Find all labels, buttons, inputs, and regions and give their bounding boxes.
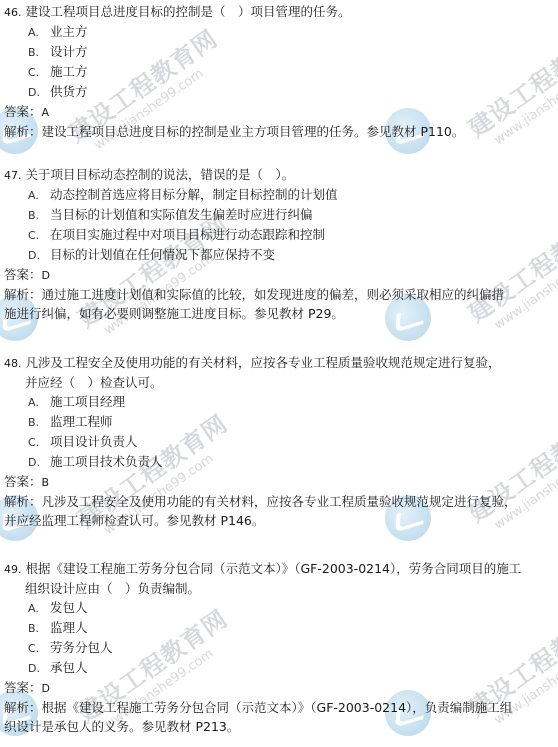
answer-label: 答案： — [4, 104, 42, 119]
option-key: D. — [28, 245, 50, 265]
answer: 答案：D — [4, 265, 556, 285]
option-d: D.承包人 — [4, 658, 556, 678]
answer-value: D — [42, 269, 50, 282]
option-a: A.施工项目经理 — [4, 392, 556, 412]
question-48: 48. 凡涉及工程安全及使用功能的有关材料，应按各专业工程质量验收规范规定进行复… — [4, 353, 556, 530]
option-a: A.业主方 — [4, 22, 556, 42]
question-number: 46. — [4, 6, 22, 19]
option-text: 项目设计负责人 — [50, 432, 138, 452]
option-key: A. — [28, 392, 50, 412]
option-key: D. — [28, 82, 50, 102]
option-c: C.项目设计负责人 — [4, 432, 556, 452]
option-d: D.供货方 — [4, 82, 556, 102]
option-text: 供货方 — [50, 82, 88, 102]
question-stem: 49. 根据《建设工程施工劳务分包合同（示范文本）》（GF-2003-0214）… — [4, 559, 556, 579]
question-46: 46. 建设工程项目总进度目标的控制是（ ）项目管理的任务。 A.业主方 B.设… — [4, 2, 556, 141]
explanation-label: 解析： — [4, 700, 42, 715]
option-key: B. — [28, 42, 50, 62]
option-text: 施工方 — [50, 62, 88, 82]
option-text: 目标的计划值在任何情况下都应保持不变 — [50, 245, 275, 265]
option-text: 当目标的计划值和实际值发生偏差时应进行纠偏 — [50, 205, 313, 225]
option-d: D.目标的计划值在任何情况下都应保持不变 — [4, 245, 556, 265]
option-text: 发包人 — [50, 598, 88, 618]
option-c: C.劳务分包人 — [4, 638, 556, 658]
answer-value: A — [42, 106, 50, 119]
option-a: A.发包人 — [4, 598, 556, 618]
stem-text: 凡涉及工程安全及使用功能的有关材料，应按各专业工程质量验收规范规定进行复验， — [25, 355, 500, 370]
option-key: C. — [28, 432, 50, 452]
option-key: D. — [28, 658, 50, 678]
answer: 答案：A — [4, 102, 556, 122]
option-text: 监理人 — [50, 618, 88, 638]
option-d: D.施工项目技术负责人 — [4, 452, 556, 472]
option-key: D. — [28, 452, 50, 472]
explanation-text: 根据《建设工程施工劳务分包合同（示范文本）》（GF-2003-0214），负责编… — [42, 700, 513, 715]
answer: 答案：B — [4, 472, 556, 492]
option-key: B. — [28, 205, 50, 225]
option-text: 施工项目经理 — [50, 392, 125, 412]
explanation-text: 建设工程项目总进度目标的控制是业主方项目管理的任务。参见教材 P110。 — [42, 124, 465, 139]
option-text: 设计方 — [50, 42, 88, 62]
explanation: 解析：凡涉及工程安全及使用功能的有关材料，应按各专业工程质量验收规范规定进行复验… — [4, 492, 556, 511]
explanation-label: 解析： — [4, 287, 42, 302]
stem-text-cont: 并应经（ ）检查认可。 — [4, 373, 556, 392]
option-key: B. — [28, 412, 50, 432]
answer-label: 答案： — [4, 267, 42, 282]
answer-label: 答案： — [4, 474, 42, 489]
option-text: 承包人 — [50, 658, 88, 678]
explanation-text-cont: 施进行纠偏，如有必要则调整施工进度目标。参见教材 P29。 — [4, 304, 556, 323]
option-text: 业主方 — [50, 22, 88, 42]
option-text: 劳务分包人 — [50, 638, 113, 658]
question-number: 47. — [4, 169, 22, 182]
stem-text-cont: 组织设计应由（ ）负责编制。 — [4, 579, 556, 598]
question-stem: 48. 凡涉及工程安全及使用功能的有关材料，应按各专业工程质量验收规范规定进行复… — [4, 353, 556, 373]
answer: 答案：D — [4, 678, 556, 698]
option-key: A. — [28, 22, 50, 42]
option-b: B.监理工程师 — [4, 412, 556, 432]
stem-text: 根据《建设工程施工劳务分包合同（示范文本）》（GF-2003-0214），劳务合… — [25, 561, 521, 576]
explanation-label: 解析： — [4, 494, 42, 509]
explanation-text-cont: 并应经监理工程师检查认可。参见教材 P146。 — [4, 511, 556, 530]
option-key: A. — [28, 598, 50, 618]
option-text: 监理工程师 — [50, 412, 113, 432]
explanation: 解析：根据《建设工程施工劳务分包合同（示范文本）》（GF-2003-0214），… — [4, 698, 556, 717]
explanation-text: 通过施工进度计划值和实际值的比较，如发现进度的偏差，则必须采取相应的纠偏措 — [42, 287, 505, 302]
option-c: C.在项目实施过程中对项目目标进行动态跟踪和控制 — [4, 225, 556, 245]
option-key: C. — [28, 225, 50, 245]
question-stem: 46. 建设工程项目总进度目标的控制是（ ）项目管理的任务。 — [4, 2, 556, 22]
option-b: B.设计方 — [4, 42, 556, 62]
stem-text: 建设工程项目总进度目标的控制是（ ）项目管理的任务。 — [25, 4, 350, 19]
question-stem: 47. 关于项目目标动态控制的说法，错误的是（ ）。 — [4, 165, 556, 185]
answer-value: B — [42, 476, 50, 489]
option-a: A.动态控制首选应将目标分解，制定目标控制的计划值 — [4, 185, 556, 205]
option-key: A. — [28, 185, 50, 205]
question-number: 49. — [4, 563, 22, 576]
option-c: C.施工方 — [4, 62, 556, 82]
question-47: 47. 关于项目目标动态控制的说法，错误的是（ ）。 A.动态控制首选应将目标分… — [4, 165, 556, 323]
answer-value: D — [42, 682, 50, 695]
explanation: 解析：建设工程项目总进度目标的控制是业主方项目管理的任务。参见教材 P110。 — [4, 122, 556, 141]
option-key: C. — [28, 638, 50, 658]
option-text: 动态控制首选应将目标分解，制定目标控制的计划值 — [50, 185, 338, 205]
question-49: 49. 根据《建设工程施工劳务分包合同（示范文本）》（GF-2003-0214）… — [4, 559, 556, 736]
explanation-text: 凡涉及工程安全及使用功能的有关材料，应按各专业工程质量验收规范规定进行复验， — [42, 494, 517, 509]
explanation-label: 解析： — [4, 124, 42, 139]
option-key: B. — [28, 618, 50, 638]
option-b: B.当目标的计划值和实际值发生偏差时应进行纠偏 — [4, 205, 556, 225]
option-text: 在项目实施过程中对项目目标进行动态跟踪和控制 — [50, 225, 325, 245]
option-key: C. — [28, 62, 50, 82]
option-text: 施工项目技术负责人 — [50, 452, 163, 472]
question-number: 48. — [4, 357, 22, 370]
explanation-text-cont: 织设计是承包人的义务。参见教材 P213。 — [4, 717, 556, 736]
answer-label: 答案： — [4, 680, 42, 695]
option-b: B.监理人 — [4, 618, 556, 638]
explanation: 解析：通过施工进度计划值和实际值的比较，如发现进度的偏差，则必须采取相应的纠偏措 — [4, 285, 556, 304]
stem-text: 关于项目目标动态控制的说法，错误的是（ ）。 — [25, 167, 294, 182]
